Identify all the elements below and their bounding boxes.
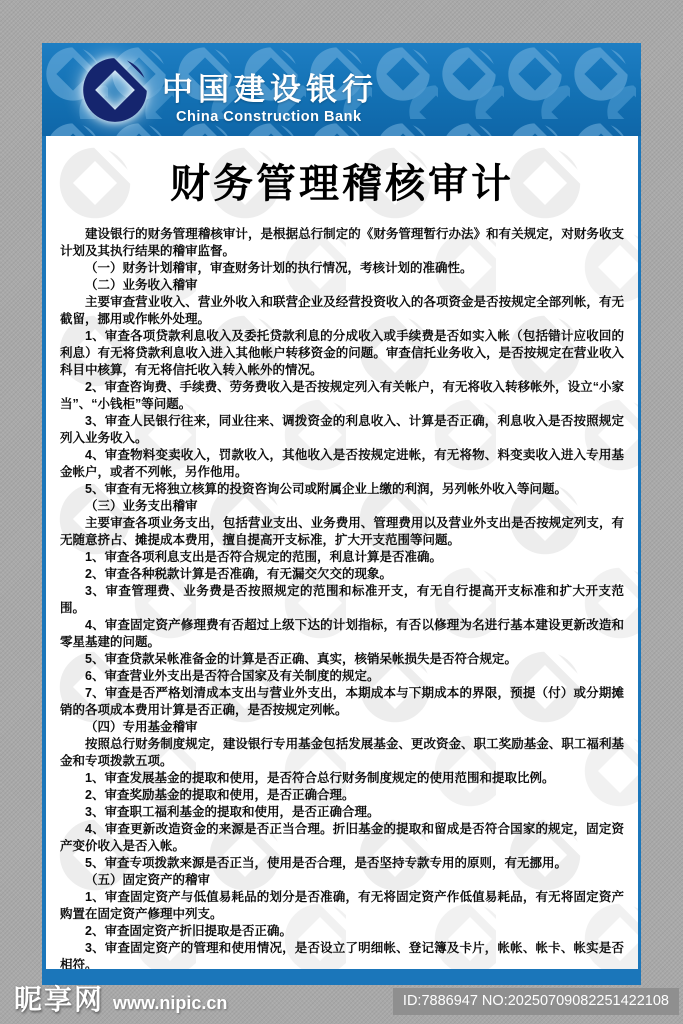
paragraph: 3、审查管理费、业务费是否按照规定的范围和标准开支，有无自行提高开支标准和扩大开… [60, 583, 624, 617]
paragraph: 3、审查职工福利基金的提取和使用，是否正确合理。 [60, 804, 624, 821]
paragraph: 1、审查固定资产与低值易耗品的划分是否准确，有无将固定资产作低值易耗品，有无将固… [60, 889, 624, 923]
paragraph: 5、审查贷款呆帐准备金的计算是否正确、真实，核销呆帐损失是否符合规定。 [60, 651, 624, 668]
paragraph: 1、审查各项贷款利息收入及委托贷款利息的分成收入或手续费是否如实入帐（包括错计应… [60, 328, 624, 379]
paragraph: （一）财务计划稽审，审查财务计划的执行情况，考核计划的准确性。 [60, 260, 624, 277]
bank-name-chinese: 中国建设银行 [162, 73, 378, 107]
ccb-bank-logo-icon [78, 53, 152, 127]
paragraph: 1、审查发展基金的提取和使用，是否符合总行财务制度规定的使用范围和提取比例。 [60, 770, 624, 787]
paragraph: （三）业务支出稽审 [60, 498, 624, 515]
poster-page: 中国建设银行 China Construction Bank 财务管理稽核审计 … [42, 43, 641, 985]
bank-names: 中国建设银行 China Construction Bank [162, 73, 378, 126]
paragraph: 6、审查营业外支出是否符合国家及有关制度的规定。 [60, 668, 624, 685]
document-content-area: 财务管理稽核审计 建设银行的财务管理稽核审计，是根据总行制定的《财务管理暂行办法… [46, 136, 638, 969]
paragraph: 7、审查是否严格划清成本支出与营业外支出，本期成本与下期成本的界限，预提（付）或… [60, 685, 624, 719]
paragraph: 5、审查专项拨款来源是否正当，使用是否合理，是否坚持专款专用的原则，有无挪用。 [60, 855, 624, 872]
paragraph: 4、审查固定资产修理费有否超过上级下达的计划指标，有否以修理为名进行基本建设更新… [60, 617, 624, 651]
site-url-text: www.nipic.cn [113, 993, 227, 1014]
watermark-footer: 昵享网 www.nipic.cn [14, 984, 227, 1016]
paragraph: 2、审查咨询费、手续费、劳务费收入是否按规定列入有关帐户，有无将收入转移帐外，设… [60, 379, 624, 413]
document-body: 建设银行的财务管理稽核审计，是根据总行制定的《财务管理暂行办法》和有关规定，对财… [60, 226, 624, 969]
bank-name-english: China Construction Bank [176, 109, 378, 126]
image-id-badge: ID:7886947 NO:20250709082251422108 [393, 988, 679, 1015]
paragraph: 2、审查奖励基金的提取和使用，是否正确合理。 [60, 787, 624, 804]
paragraph: 1、审查各项利息支出是否符合规定的范围，利息计算是否准确。 [60, 549, 624, 566]
paragraph: 主要审查营业收入、营业外收入和联营企业及经营投资收入的各项资金是否按规定全部列帐… [60, 294, 624, 328]
paragraph: 按照总行财务制度规定，建设银行专用基金包括发展基金、更改资金、职工奖励基金、职工… [60, 736, 624, 770]
site-logo-text: 昵享网 [14, 984, 104, 1016]
document-text: 财务管理稽核审计 建设银行的财务管理稽核审计，是根据总行制定的《财务管理暂行办法… [46, 136, 638, 969]
page-header: 中国建设银行 China Construction Bank [42, 43, 641, 136]
paragraph: 4、审查物料变卖收入，罚款收入，其他收入是否按规定进帐，有无将物、料变卖收入进入… [60, 447, 624, 481]
paragraph: （四）专用基金稽审 [60, 719, 624, 736]
paragraph: 5、审查有无将独立核算的投资咨询公司或附属企业上缴的利润，另列帐外收入等问题。 [60, 481, 624, 498]
paragraph: （五）固定资产的稽审 [60, 872, 624, 889]
paragraph: （二）业务收入稽审 [60, 277, 624, 294]
paragraph: 2、审查各种税款计算是否准确，有无漏交欠交的现象。 [60, 566, 624, 583]
paragraph: 2、审查固定资产折旧提取是否正确。 [60, 923, 624, 940]
document-title: 财务管理稽核审计 [60, 158, 624, 210]
paragraph: 建设银行的财务管理稽核审计，是根据总行制定的《财务管理暂行办法》和有关规定，对财… [60, 226, 624, 260]
paragraph: 3、审查固定资产的管理和使用情况，是否设立了明细帐、登记簿及卡片，帐帐、帐卡、帐… [60, 940, 624, 969]
paragraph: 主要审查各项业务支出，包括营业支出、业务费用、管理费用以及营业外支出是否按规定列… [60, 515, 624, 549]
paragraph: 4、审查更新改造资金的来源是否正当合理。折旧基金的提取和留成是否符合国家的规定，… [60, 821, 624, 855]
paragraph: 3、审查人民银行往来，同业往来、调拨资金的利息收入、计算是否正确，利息收入是否按… [60, 413, 624, 447]
